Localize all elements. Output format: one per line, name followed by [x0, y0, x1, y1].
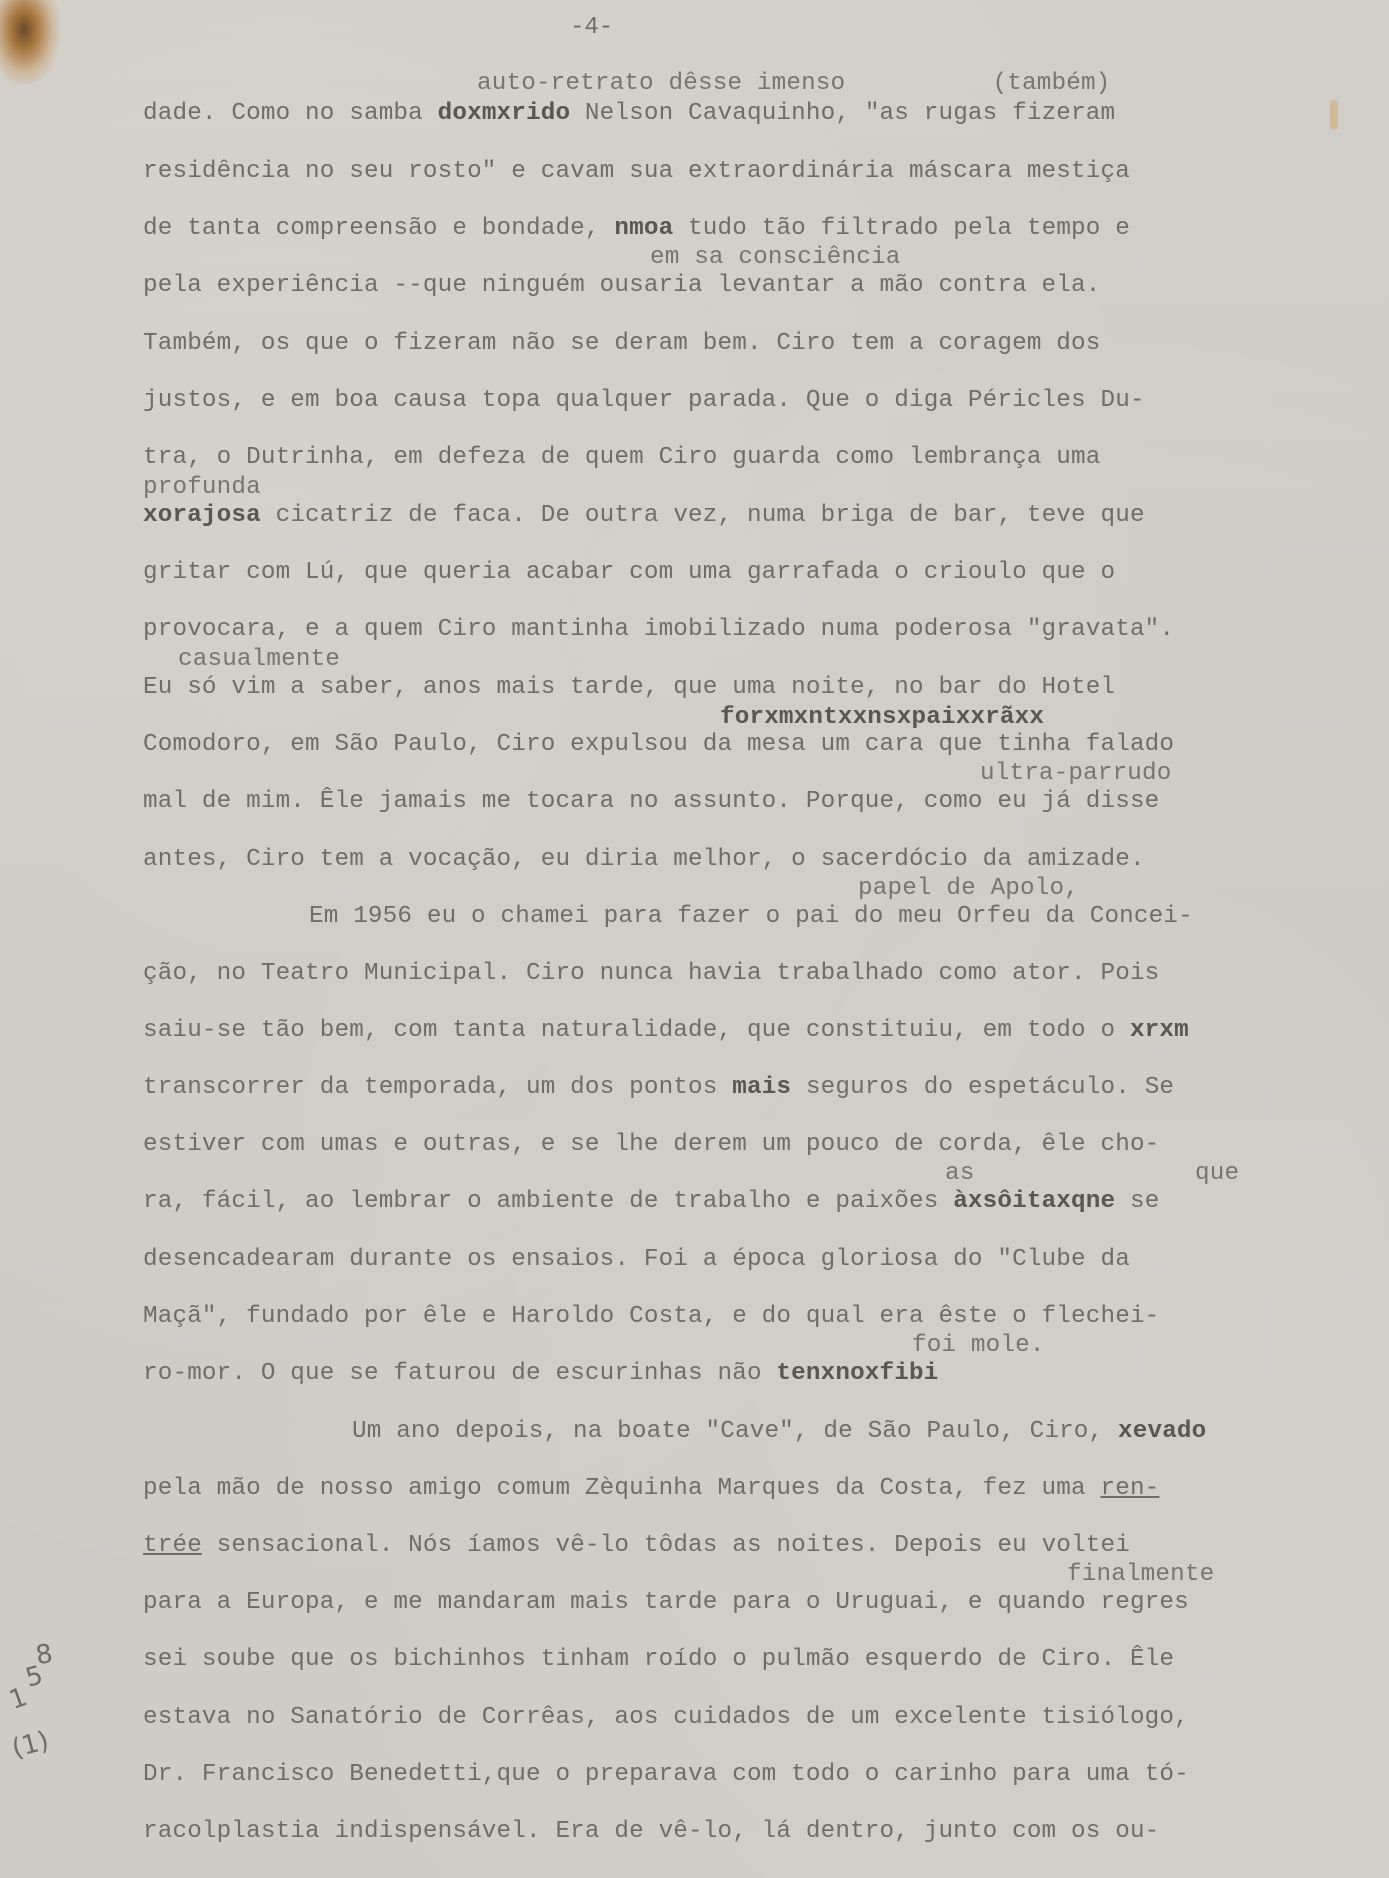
interlinear-insertion: auto-retrato dêsse imenso (também): [477, 70, 1110, 97]
text-line: pela experiência --que ninguém ousaria l…: [143, 272, 1100, 299]
text-line: provocara, e a quem Ciro mantinha imobil…: [143, 616, 1174, 643]
text-line: xorajosa cicatriz de faca. De outra vez,…: [143, 502, 1145, 529]
struck-out-text: doxmxrido: [438, 100, 571, 127]
text-line: Dr. Francisco Benedetti,que o preparava …: [143, 1761, 1189, 1788]
text-line: gritar com Lú, que queria acabar com uma…: [143, 559, 1115, 586]
underlined-text: trée: [143, 1532, 202, 1559]
text-line: mal de mim. Êle jamais me tocara no assu…: [143, 788, 1159, 815]
text-line: saiu-se tão bem, com tanta naturalidade,…: [143, 1017, 1189, 1044]
text-line: transcorrer da temporada, um dos pontos …: [143, 1074, 1174, 1101]
paper-stain: [0, 0, 60, 85]
text-line: ra, fácil, ao lembrar o ambiente de trab…: [143, 1188, 1159, 1215]
struck-out-text: xevado: [1118, 1418, 1206, 1445]
text-fragment: saiu-se tão bem, com tanta naturalidade,…: [143, 1017, 1130, 1044]
interlinear-insertion: as: [945, 1160, 974, 1187]
text-line: justos, e em boa causa topa qualquer par…: [143, 387, 1145, 414]
interlinear-insertion: ultra-parrudo: [980, 760, 1172, 787]
text-fragment: Nelson Cavaquinho, "as rugas fizeram: [570, 100, 1115, 127]
text-line: estiver com umas e outras, e se lhe dere…: [143, 1131, 1159, 1158]
interlinear-insertion: papel de Apolo,: [858, 875, 1079, 902]
text-line: Comodoro, em São Paulo, Ciro expulsou da…: [143, 731, 1174, 758]
text-line: trée sensacional. Nós íamos vê-lo tôdas …: [143, 1532, 1130, 1559]
text-line: ro-mor. O que se faturou de escurinhas n…: [143, 1360, 938, 1387]
text-line: dade. Como no samba doxmxrido Nelson Cav…: [143, 100, 1115, 127]
interlinear-insertion: profunda: [143, 474, 261, 501]
text-fragment: dade. Como no samba: [143, 100, 438, 127]
text-line: sei soube que os bichinhos tinham roído …: [143, 1646, 1174, 1673]
text-fragment: de tanta compreensão e bondade,: [143, 215, 614, 242]
text-line: ção, no Teatro Municipal. Ciro nunca hav…: [143, 960, 1159, 987]
interlinear-insertion: casualmente: [178, 646, 340, 673]
text-line: residência no seu rosto" e cavam sua ext…: [143, 158, 1130, 185]
text-fragment: cicatriz de faca. De outra vez, numa bri…: [261, 502, 1145, 529]
text-fragment: se: [1115, 1188, 1159, 1215]
text-fragment: ro-mor. O que se faturou de escurinhas n…: [143, 1360, 776, 1387]
handwritten-digit: (1): [9, 1726, 52, 1765]
underlined-text: ren-: [1100, 1475, 1159, 1502]
text-line: pela mão de nosso amigo comum Zèquinha M…: [143, 1475, 1159, 1502]
interlinear-insertion: finalmente: [1067, 1561, 1214, 1588]
handwritten-digit: 1: [5, 1682, 31, 1716]
text-fragment: ra, fácil, ao lembrar o ambiente de trab…: [143, 1188, 953, 1215]
struck-out-text: àxsôitaxqne: [953, 1188, 1115, 1215]
interlinear-insertion: foi mole.: [912, 1332, 1045, 1359]
text-line: desencadearam durante os ensaios. Foi a …: [143, 1246, 1130, 1273]
interlinear-insertion: que: [1195, 1160, 1239, 1187]
text-line: para a Europa, e me mandaram mais tarde …: [143, 1589, 1189, 1616]
struck-out-text: xrxm: [1130, 1017, 1189, 1044]
text-line: estava no Sanatório de Corrêas, aos cuid…: [143, 1704, 1189, 1731]
struck-out-text: nmoa: [614, 215, 673, 242]
text-fragment: sensacional. Nós íamos vê-lo tôdas as no…: [202, 1532, 1130, 1559]
text-line: de tanta compreensão e bondade, nmoa tud…: [143, 215, 1130, 242]
struck-out-text: tenxnoxfibi: [776, 1360, 938, 1387]
struck-out-text: mais: [732, 1074, 791, 1101]
text-line: Um ano depois, na boate "Cave", de São P…: [352, 1418, 1206, 1445]
text-fragment: seguros do espetáculo. Se: [791, 1074, 1174, 1101]
text-fragment: Um ano depois, na boate "Cave", de São P…: [352, 1418, 1118, 1445]
page-number: -4-: [570, 14, 613, 41]
text-line: antes, Ciro tem a vocação, eu diria melh…: [143, 846, 1145, 873]
typewritten-page: -4- auto-retrato dêsse imenso (também) d…: [0, 0, 1389, 1878]
text-line: Eu só vim a saber, anos mais tarde, que …: [143, 674, 1115, 701]
text-fragment: transcorrer da temporada, um dos pontos: [143, 1074, 732, 1101]
interlinear-insertion: em sa consciência: [650, 244, 900, 271]
text-line: racolplastia indispensável. Era de vê-lo…: [143, 1818, 1159, 1845]
paper-stain: [1330, 100, 1338, 130]
text-fragment: tudo tão filtrado pela tempo e: [673, 215, 1130, 242]
text-fragment: pela mão de nosso amigo comum Zèquinha M…: [143, 1475, 1100, 1502]
struck-out-text: xorajosa: [143, 502, 261, 529]
struck-out-text: forxmxntxxnsxpaixxrãxx: [720, 704, 1044, 731]
text-line: tra, o Dutrinha, em defeza de quem Ciro …: [143, 444, 1100, 471]
text-line: Maçã", fundado por êle e Haroldo Costa, …: [143, 1303, 1159, 1330]
text-line: Em 1956 eu o chamei para fazer o pai do …: [309, 903, 1193, 930]
text-line: Também, os que o fizeram não se deram be…: [143, 330, 1100, 357]
handwritten-margin-note: 8 5 1 (1): [8, 1640, 58, 1790]
